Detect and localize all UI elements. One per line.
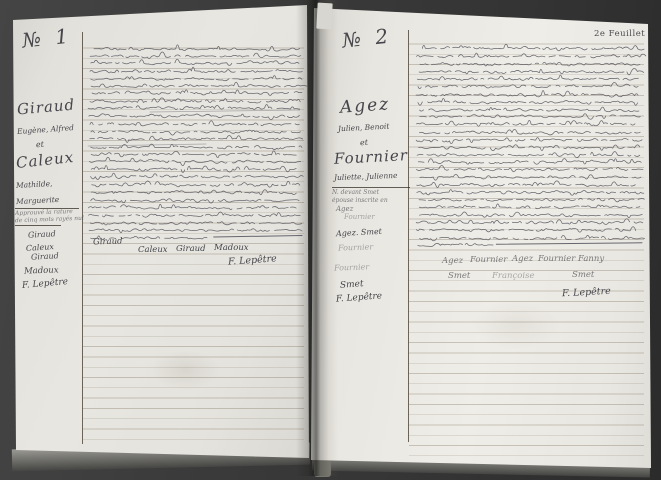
spine-bottom-tab xyxy=(314,461,331,477)
margin-signature: Giraud xyxy=(28,230,56,239)
body-signature: Smet xyxy=(572,271,594,280)
margin-surname-groom-right: Agez xyxy=(339,96,390,116)
handwritten-act-body-left xyxy=(86,42,304,250)
margin-givenname-bride-left-1: Mathilde, xyxy=(16,180,53,189)
margin-note-right-line4: Fournier xyxy=(344,214,375,221)
margin-signature: Madoux xyxy=(24,266,59,276)
body-signature: Agez xyxy=(512,255,533,264)
officer-signature-right: F. Lepêtre xyxy=(562,287,611,299)
body-signature: Fanny xyxy=(578,255,604,264)
margin-signature: Fournier xyxy=(334,263,369,272)
register-scan: № 1 Giraud Eugène, Alfred et Caleux Math… xyxy=(0,0,661,480)
act-number-left: № 1 xyxy=(21,25,73,50)
body-signature: Giraud xyxy=(93,237,123,247)
margin-signature: Fournier xyxy=(338,243,373,252)
margin-note-underline-left xyxy=(15,225,61,226)
spine-top-tab xyxy=(316,3,332,30)
body-signature: Fournier xyxy=(538,255,575,264)
margin-givenname-bride-left-2: Marguerite xyxy=(16,196,60,206)
body-signature: Madoux xyxy=(214,244,249,253)
body-signature: Agez xyxy=(442,257,463,266)
margin-note-right-line3: Agez xyxy=(336,206,353,213)
margin-note-overline-right xyxy=(332,187,410,188)
body-signature: Smet xyxy=(448,272,470,281)
margin-conjunction-right: et xyxy=(360,139,368,147)
margin-surname-bride-right: Fournier xyxy=(334,148,409,167)
body-signature: Giraud xyxy=(176,245,206,254)
margin-signature: Giraud xyxy=(31,252,59,261)
body-signature: Fournier xyxy=(470,256,507,265)
body-signature: Caleux xyxy=(138,246,168,255)
act-number-right: № 2 xyxy=(341,25,393,50)
margin-givenname-bride-right: Juliette, Julienne xyxy=(334,172,398,182)
margin-note-right-line2: épouse inscrite en xyxy=(332,198,388,204)
margin-signature: Smet xyxy=(340,280,364,291)
margin-conjunction-left: et xyxy=(36,141,44,150)
body-signature: Françoise xyxy=(492,272,535,281)
handwritten-act-body-right xyxy=(414,44,644,252)
margin-rule-right xyxy=(408,30,409,442)
folio-label: 2e Feuillet xyxy=(594,29,645,39)
margin-note-right-line1: N. devant Smet xyxy=(332,190,379,196)
margin-rule-left xyxy=(82,32,83,444)
